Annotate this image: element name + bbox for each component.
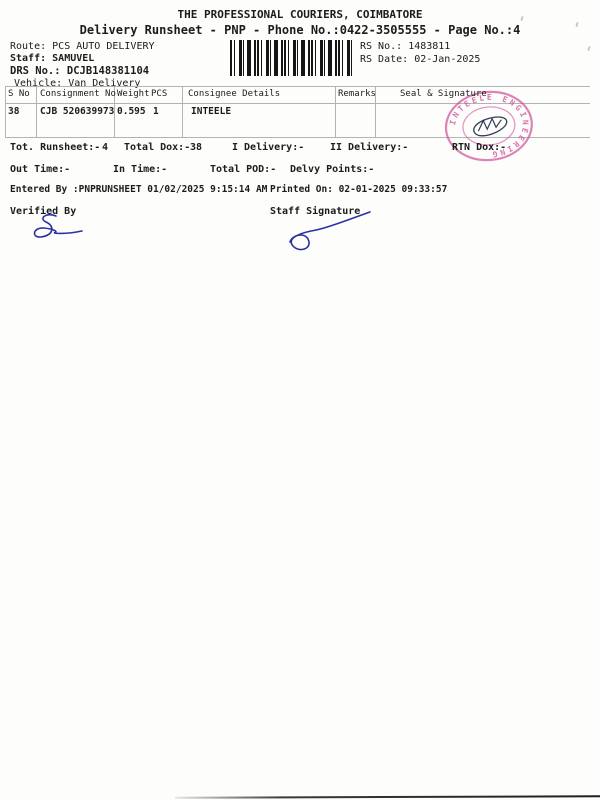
col-header-consignment: Consignment No [40,89,116,99]
row-consignment-no: CJB 520639973 [40,106,114,117]
route-line: Route: PCS AUTO DELIVERY [10,41,155,52]
out-time-label: Out Time:- [10,164,70,175]
row-sno: 38 [8,106,19,117]
col-header-seal: Seal & Signature [400,89,487,99]
i-delivery-label: I Delivery:- [232,142,304,153]
col-header-consignee: Consignee Details [188,89,280,99]
table-border [182,86,183,137]
drs-line: DRS No.: DCJB148381104 [10,65,149,77]
delivery-runsheet-document: THE PROFESSIONAL COURIERS, COIMBATORE De… [0,0,600,800]
delvy-points-label: Delvy Points:- [290,164,374,175]
table-border [335,86,336,137]
row-weight: 0.595 [117,106,146,117]
row-consignee: INTEELE [191,106,231,117]
staff-value: SAMUVEL [52,53,94,64]
col-header-sno: S No [8,89,30,99]
in-time-label: In Time:- [113,164,167,175]
rs-date-value: 02-Jan-2025 [414,54,480,65]
staff-signature-ink-icon [280,208,375,254]
company-title: THE PROFESSIONAL COURIERS, COIMBATORE [0,8,600,21]
total-runsheet-label: Tot. Runsheet:- [10,142,100,153]
scan-page-edge [175,795,600,798]
signature-ink-icon [473,116,508,137]
staff-line: Staff: SAMUVEL [10,53,94,64]
rs-date-label: RS Date: [360,54,408,65]
entered-by-line: Entered By :PNPRUNSHEET 01/02/2025 9:15:… [10,184,267,195]
col-header-pcs: PCS [151,89,167,99]
scan-speck [587,46,591,51]
total-runsheet-value: 4 [102,142,108,153]
total-dox-label: Total Dox:- [124,142,190,153]
barcode-icon [230,40,352,76]
rs-date-line: RS Date: 02-Jan-2025 [360,54,480,65]
col-header-weight: Weight [117,89,150,99]
verified-signature-ink-icon [26,211,90,245]
signature-ink-icon [477,118,502,131]
rs-no-label: RS No.: [360,41,402,52]
row-pcs: 1 [153,106,159,117]
col-header-remarks: Remarks [338,89,376,99]
staff-label: Staff: [10,53,46,64]
total-dox-value: 38 [190,142,202,153]
route-value: PCS AUTO DELIVERY [52,41,154,52]
runsheet-subtitle: Delivery Runsheet - PNP - Phone No.:0422… [0,23,600,37]
rtn-dox-label: RTN Dox:- [452,142,506,153]
drs-value: DCJB148381104 [67,65,149,77]
drs-label: DRS No.: [10,65,61,77]
table-border [36,86,37,137]
printed-on-line: Printed On: 02-01-2025 09:33:57 [270,184,447,195]
rs-no-line: RS No.: 1483811 [360,41,450,52]
table-border [5,86,6,137]
total-pod-label: Total POD:- [210,164,276,175]
ii-delivery-label: II Delivery:- [330,142,408,153]
route-label: Route: [10,41,46,52]
rs-no-value: 1483811 [408,41,450,52]
